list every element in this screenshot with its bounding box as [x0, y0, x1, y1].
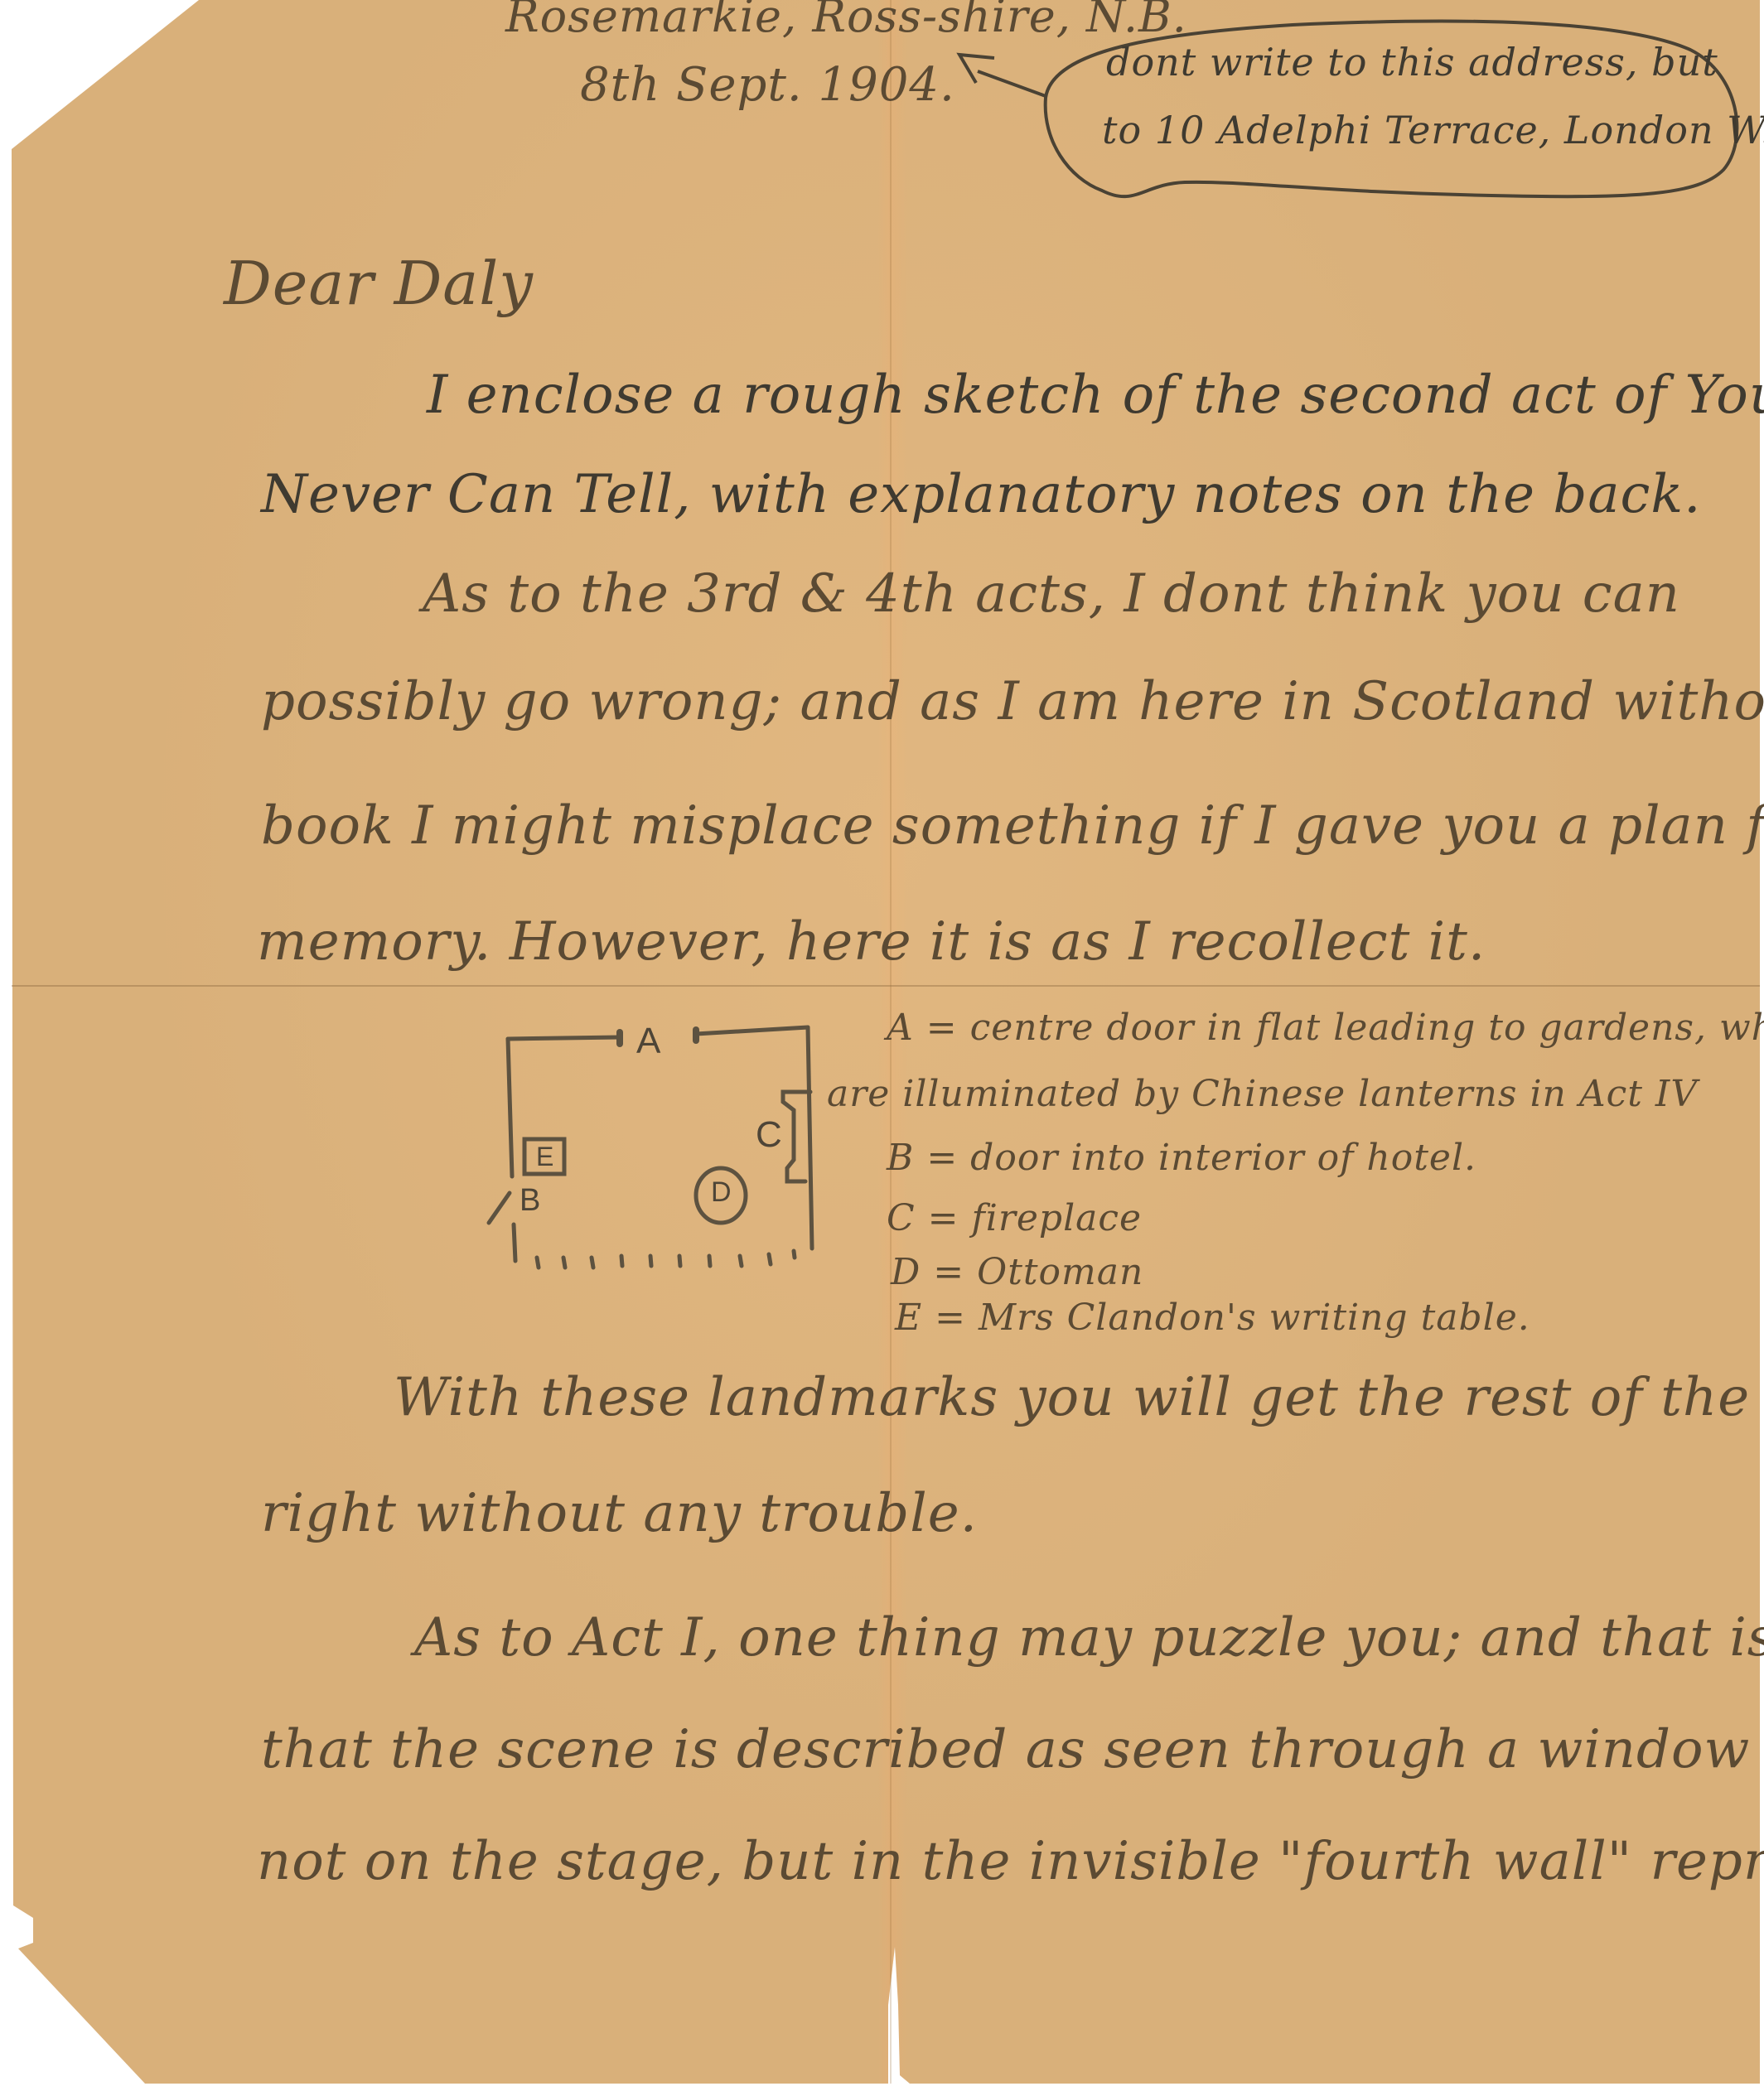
legend-line-c: C = fireplace: [887, 1197, 1142, 1239]
horizontal-fold-line: [12, 985, 1760, 987]
diagram-label-e: E: [536, 1142, 553, 1172]
diagram-label-a: A: [636, 1021, 660, 1062]
body-line-7: With these landmarks you will get the re…: [394, 1367, 1764, 1428]
body-line-5: book I might misplace something if I gav…: [261, 795, 1764, 857]
body-line-3: As to the 3rd & 4th acts, I dont think y…: [423, 563, 1680, 625]
annotation-line-1: dont write to this address, but: [1106, 40, 1718, 85]
legend-line-b: B = door into interior of hotel.: [887, 1137, 1476, 1179]
body-line-4: possibly go wrong; and as I am here in S…: [261, 671, 1764, 732]
diagram-label-c: C: [756, 1114, 782, 1156]
legend-line-e: E = Mrs Clandon's writing table.: [895, 1297, 1530, 1339]
legend-line-a-cont: are illuminated by Chinese lanterns in A…: [827, 1073, 1698, 1115]
body-line-6: memory. However, here it is as I recolle…: [257, 911, 1486, 973]
body-line-9: As to Act I, one thing may puzzle you; a…: [414, 1607, 1764, 1669]
legend-line-d: D = Ottoman: [891, 1251, 1143, 1293]
salutation: Dear Daly: [224, 249, 534, 318]
annotation-line-2: to 10 Adelphi Terrace, London W.C.: [1102, 108, 1764, 152]
sender-address: Rosemarkie, Ross-shire, N.B.: [505, 0, 1187, 42]
body-line-10: that the scene is described as seen thro…: [261, 1719, 1764, 1780]
diagram-label-b: B: [520, 1183, 540, 1219]
diagram-label-d: D: [711, 1176, 732, 1209]
body-line-1: I enclose a rough sketch of the second a…: [427, 365, 1764, 426]
letter-date: 8th Sept. 1904.: [580, 58, 955, 112]
body-line-11: not on the stage, but in the invisible "…: [257, 1831, 1764, 1892]
body-line-8: right without any trouble.: [261, 1483, 978, 1544]
legend-line-a: A = centre door in flat leading to garde…: [887, 1007, 1764, 1049]
body-line-2: Never Can Tell, with explanatory notes o…: [261, 464, 1701, 525]
